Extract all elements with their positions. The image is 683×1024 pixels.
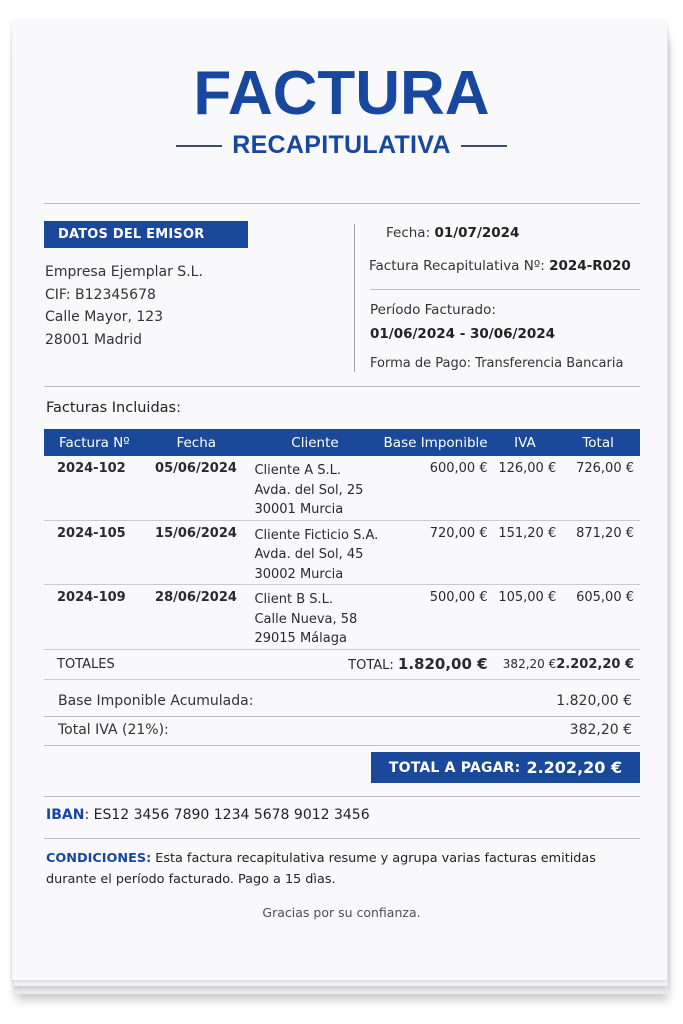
conditions: CONDICIONES: Esta factura recapitulativa… [46,848,626,890]
table-row: 2024-109 28/06/2024 Client B S.L. Calle … [44,585,640,650]
summary-iva-value: 382,20 € [570,722,632,738]
client-name: Cliente Ficticio S.A. [254,526,379,546]
total-to-pay-value: 2.202,20 € [526,758,622,777]
cell-fecha: 05/06/2024 [142,456,250,520]
summary-bottom-divider [44,745,640,746]
summary-divider [44,716,640,717]
header-divider [44,203,640,204]
totals-base-cell: TOTAL: 1.820,00 € [142,649,494,679]
payment-method: Forma de Pago: Transferencia Bancaria [370,356,623,371]
totals-total-label: TOTAL: [348,658,394,673]
client-name: Cliente A S.L. [254,461,379,481]
period-value: 01/06/2024 - 30/06/2024 [370,326,555,342]
emisor-badge: DATOS DEL EMISOR [44,221,248,248]
totals-iva: 382,20 € [494,649,557,679]
client-street: Avda. del Sol, 45 [254,545,379,565]
invoice-date: Fecha: 01/07/2024 [386,225,519,241]
col-header-fecha: Fecha [142,429,250,456]
invoice-number-value: 2024-R020 [549,258,631,274]
client-street: Calle Nueva, 58 [254,610,379,630]
cell-iva: 151,20 € [494,520,557,585]
table-row: 2024-105 15/06/2024 Cliente Ficticio S.A… [44,520,640,585]
total-to-pay-badge: TOTAL A PAGAR: 2.202,20 € [371,752,640,783]
cell-total: 605,00 € [556,585,640,650]
iban-label: IBAN [46,807,84,823]
cell-iva: 105,00 € [494,585,557,650]
emisor-street: Calle Mayor, 123 [45,306,203,329]
cell-base: 500,00 € [380,585,494,650]
emisor-company: Empresa Ejemplar S.L. [45,261,203,284]
invoice-number-label: Factura Recapitulativa Nº: [369,258,545,274]
cell-total: 871,20 € [556,520,640,585]
totals-label: TOTALES [44,649,142,679]
invoice-subtitle: RECAPITULATIVA [232,133,451,158]
invoices-section-label: Facturas Incluidas: [46,400,181,416]
cell-cliente: Cliente Ficticio S.A. Avda. del Sol, 45 … [250,520,379,585]
cell-iva: 126,00 € [494,456,557,520]
cell-cliente: Cliente A S.L. Avda. del Sol, 25 30001 M… [250,456,379,520]
col-header-total: Total [556,429,640,456]
iban-line: IBAN: ES12 3456 7890 1234 5678 9012 3456 [46,807,370,823]
client-name: Client B S.L. [254,590,379,610]
table-header-row: Factura Nº Fecha Cliente Base Imponible … [44,429,640,456]
summary-base-row: Base Imponible Acumulada: 1.820,00 € [44,693,640,709]
invoice-date-label: Fecha: [386,225,430,241]
cell-base: 720,00 € [380,520,494,585]
iban-bottom-divider [44,838,640,839]
emisor-details: Empresa Ejemplar S.L. CIF: B12345678 Cal… [45,261,203,351]
invoice-date-value: 01/07/2024 [434,225,519,241]
col-header-iva: IVA [494,429,557,456]
cell-cliente: Client B S.L. Calle Nueva, 58 29015 Mála… [250,585,379,650]
thanks-note: Gracias por su confianza. [0,905,683,920]
emisor-city: 28001 Madrid [45,329,203,352]
col-header-base: Base Imponible [380,429,494,456]
subtitle-rule-left [176,145,222,147]
client-city: 30002 Murcia [254,565,379,585]
client-city: 30001 Murcia [254,500,379,520]
cell-total: 726,00 € [556,456,640,520]
invoice-title: FACTURA [0,63,683,125]
emisor-cif: CIF: B12345678 [45,284,203,307]
cell-numero: 2024-102 [44,456,142,520]
client-city: 29015 Málaga [254,629,379,649]
column-divider [354,224,355,372]
invoice-number: Factura Recapitulativa Nº: 2024-R020 [369,258,631,274]
iban-top-divider [44,796,640,797]
period-label: Período Facturado: [370,302,496,318]
total-to-pay-label: TOTAL A PAGAR: [389,760,521,776]
col-header-cliente: Cliente [250,429,379,456]
col-header-numero: Factura Nº [44,429,142,456]
meta-bottom-divider [44,386,640,387]
invoice-subtitle-row: RECAPITULATIVA [0,133,683,158]
iban-value: : ES12 3456 7890 1234 5678 9012 3456 [84,807,369,823]
summary-iva-row: Total IVA (21%): 382,20 € [44,722,640,738]
client-street: Avda. del Sol, 25 [254,481,379,501]
conditions-label: CONDICIONES: [46,851,151,866]
table-row: 2024-102 05/06/2024 Cliente A S.L. Avda.… [44,456,640,520]
cell-numero: 2024-105 [44,520,142,585]
cell-numero: 2024-109 [44,585,142,650]
summary-iva-label: Total IVA (21%): [58,722,169,738]
totals-total: 2.202,20 € [556,649,640,679]
totals-base: 1.820,00 € [398,655,488,673]
summary-base-label: Base Imponible Acumulada: [58,693,253,709]
cell-fecha: 28/06/2024 [142,585,250,650]
subtitle-rule-right [461,145,507,147]
cell-base: 600,00 € [380,456,494,520]
summary-base-value: 1.820,00 € [556,693,632,709]
cell-fecha: 15/06/2024 [142,520,250,585]
totals-row: TOTALES TOTAL: 1.820,00 € 382,20 € 2.202… [44,649,640,679]
meta-divider [370,289,640,290]
invoices-table: Factura Nº Fecha Cliente Base Imponible … [44,429,640,680]
